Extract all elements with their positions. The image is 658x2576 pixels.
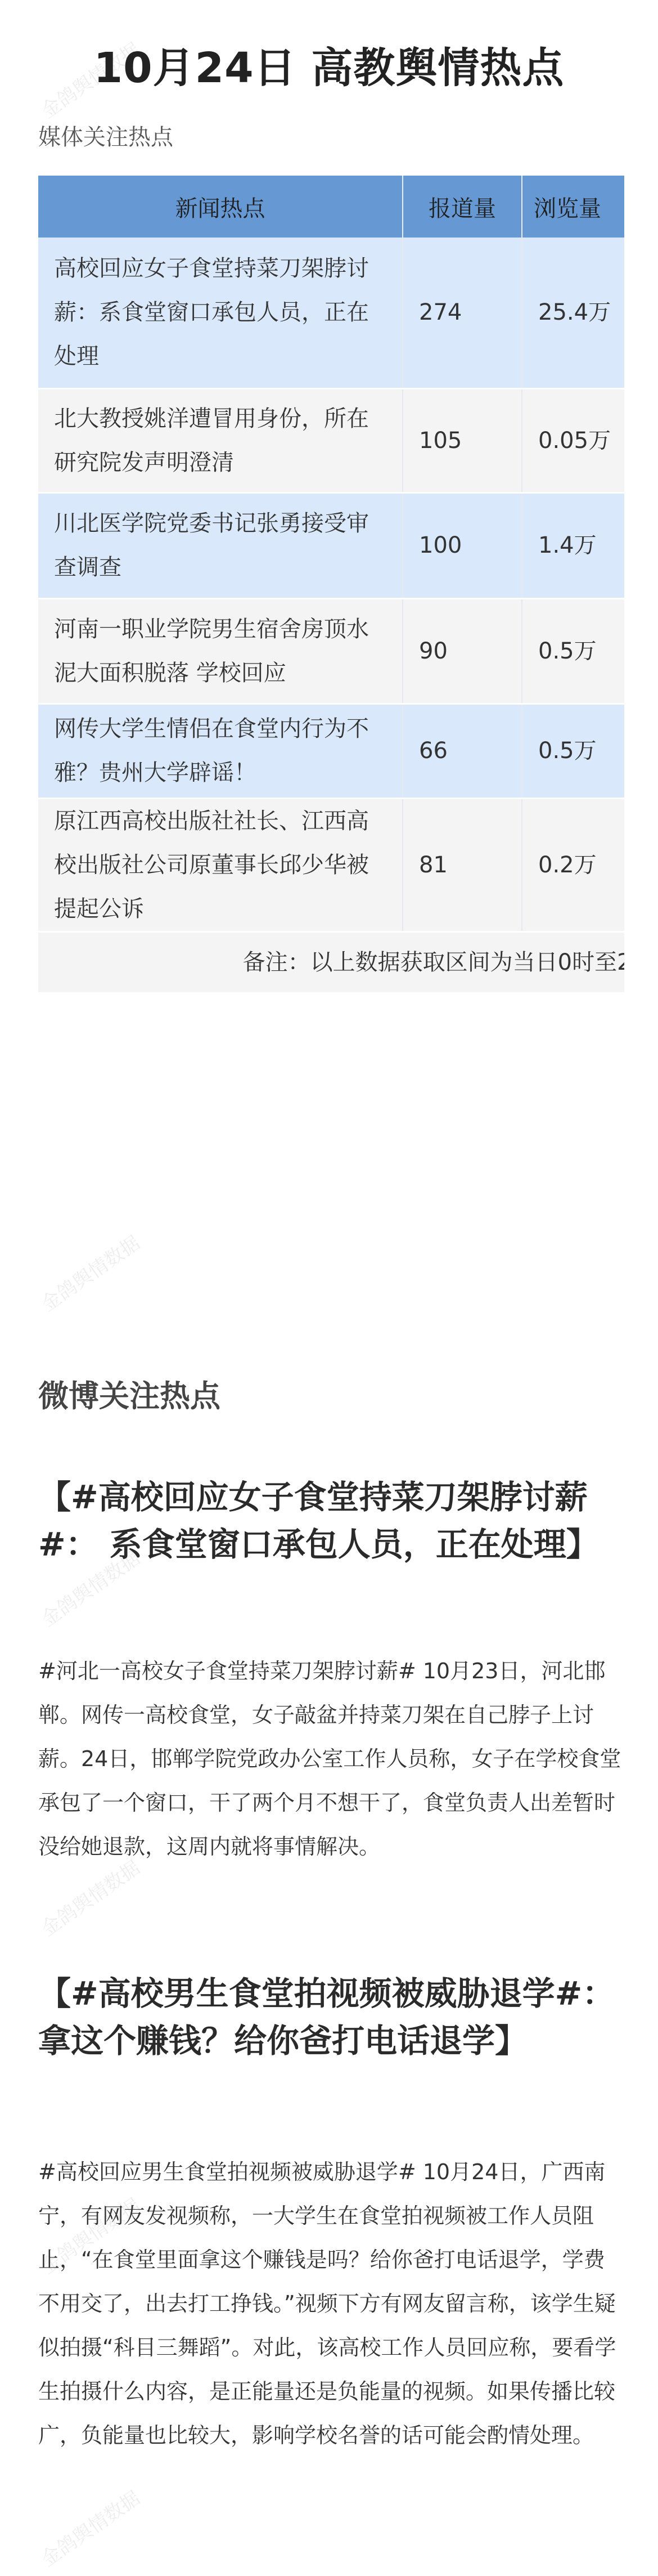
table-row: 网传大学生情侣在食堂内行为不雅？贵州大学辟谣！ 66 0.5万 [38, 704, 624, 798]
table-row: 川北医学院党委书记张勇接受审查调查 100 1.4万 [38, 492, 624, 598]
weibo-post-title: 【#高校男生食堂拍视频被威胁退学#：拿这个赚钱？给你爸打电话退学】 [38, 1970, 623, 2064]
media-hot-table-scroll[interactable]: 新闻热点 报道量 浏览量 高校回应女子食堂持菜刀架脖讨薪：系食堂窗口承包人员，正… [38, 176, 624, 992]
table-row: 北大教授姚洋遭冒用身份，所在研究院发声明澄清 105 0.05万 [38, 388, 624, 492]
reports-cell: 66 [403, 704, 522, 798]
news-cell: 河南一职业学院男生宿舍房顶水泥大面积脱落 学校回应 [38, 598, 403, 704]
header-news: 新闻热点 [38, 176, 403, 238]
table-row: 高校回应女子食堂持菜刀架脖讨薪：系食堂窗口承包人员，正在处理 274 25.4万 [38, 238, 624, 388]
header-reports: 报道量 [403, 176, 522, 238]
weibo-post-body: #高校回应男生食堂拍视频被威胁退学# 10月24日，广西南宁，有网友发视频称，一… [38, 2150, 623, 2457]
table-note-text: 备注：以上数据获取区间为当日0时至24时 [82, 940, 624, 984]
news-cell: 高校回应女子食堂持菜刀架脖讨薪：系食堂窗口承包人员，正在处理 [38, 238, 403, 388]
views-cell: 0.2万 [522, 798, 624, 931]
watermark: 金鸽舆情数据 [35, 2483, 145, 2571]
weibo-section-label: 微博关注热点 [38, 1372, 220, 1415]
table-note-row: 备注：以上数据获取区间为当日0时至24时 [38, 931, 624, 992]
table-row: 河南一职业学院男生宿舍房顶水泥大面积脱落 学校回应 90 0.5万 [38, 598, 624, 704]
views-cell: 0.05万 [522, 388, 624, 492]
reports-cell: 105 [403, 388, 522, 492]
news-cell: 北大教授姚洋遭冒用身份，所在研究院发声明澄清 [38, 388, 403, 492]
views-cell: 25.4万 [522, 238, 624, 388]
views-cell: 0.5万 [522, 704, 624, 798]
reports-cell: 90 [403, 598, 522, 704]
reports-cell: 81 [403, 798, 522, 931]
page-title: 10月24日 高教舆情热点 [0, 35, 658, 95]
media-section-label: 媒体关注热点 [38, 119, 173, 151]
views-cell: 1.4万 [522, 492, 624, 598]
news-cell: 原江西高校出版社社长、江西高校出版社公司原董事长邱少华被提起公诉 [38, 798, 403, 931]
weibo-post-title: 【#高校回应女子食堂持菜刀架脖讨薪#： 系食堂窗口承包人员，正在处理】 [38, 1473, 623, 1568]
header-views: 浏览量 [522, 176, 624, 238]
media-hot-table: 新闻热点 报道量 浏览量 高校回应女子食堂持菜刀架脖讨薪：系食堂窗口承包人员，正… [38, 176, 624, 992]
table-header-row: 新闻热点 报道量 浏览量 [38, 176, 624, 238]
views-cell: 0.5万 [522, 598, 624, 704]
weibo-post-body: #河北一高校女子食堂持菜刀架脖讨薪# 10月23日，河北邯郸。网传一高校食堂，女… [38, 1649, 623, 1869]
news-cell: 网传大学生情侣在食堂内行为不雅？贵州大学辟谣！ [38, 704, 403, 798]
reports-cell: 100 [403, 492, 522, 598]
table-row: 原江西高校出版社社长、江西高校出版社公司原董事长邱少华被提起公诉 81 0.2万 [38, 798, 624, 931]
table-note: 备注：以上数据获取区间为当日0时至24时 [38, 931, 624, 992]
reports-cell: 274 [403, 238, 522, 388]
watermark: 金鸽舆情数据 [35, 1228, 145, 1316]
news-cell: 川北医学院党委书记张勇接受审查调查 [38, 492, 403, 598]
